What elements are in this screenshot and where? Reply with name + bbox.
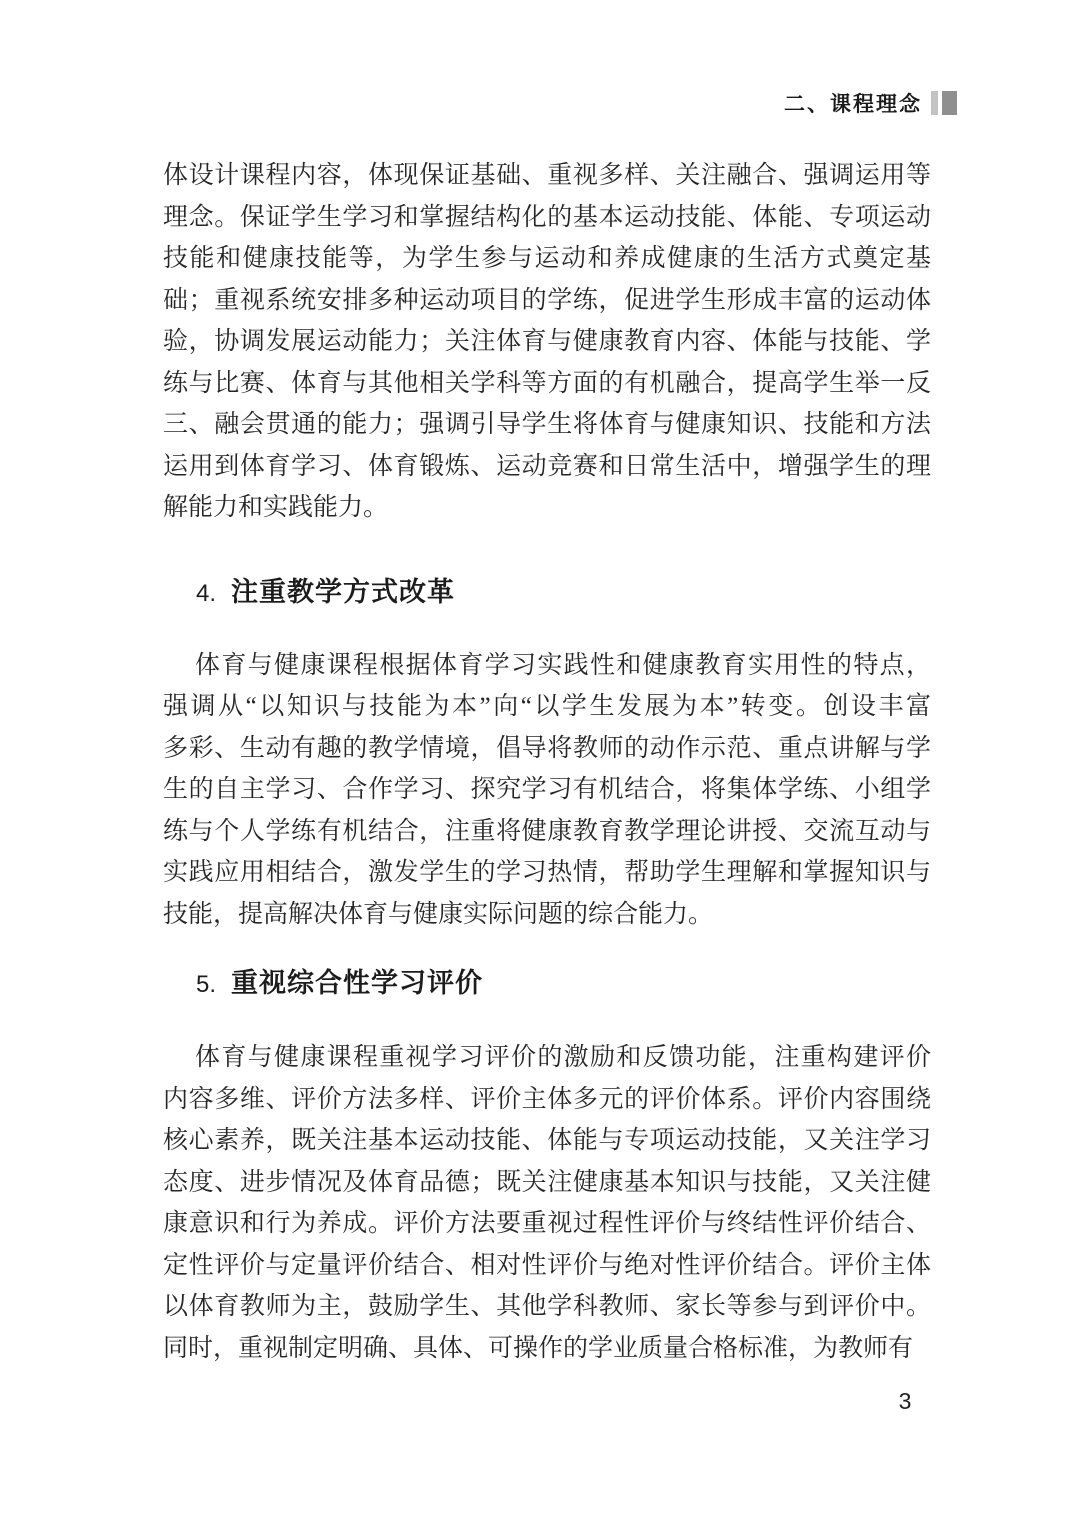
paragraph-line: 运用到体育学习、体育锻炼、运动竞赛和日常生活中，增强学生的理	[163, 446, 931, 488]
paragraph-line: 多彩、生动有趣的教学情境，倡导将教师的动作示范、重点讲解与学	[163, 728, 931, 770]
marker-bar-dark	[942, 91, 957, 115]
paragraph-line: 同时，重视制定明确、具体、可操作的学业质量合格标准，为教师有	[163, 1328, 931, 1370]
paragraph-line: 础；重视系统安排多种运动项目的学练，促进学生形成丰富的运动体	[163, 280, 931, 322]
paragraph-line: 定性评价与定量评价结合、相对性评价与绝对性评价结合。评价主体	[163, 1245, 931, 1287]
section-heading-text: 注重教学方式改革	[231, 577, 455, 607]
page-footer: 3	[890, 1388, 920, 1415]
running-head-section-title: 二、课程理念	[784, 88, 922, 118]
marker-bar-light	[931, 91, 938, 115]
section-heading-number: 4.	[196, 580, 216, 607]
document-body: 体设计课程内容，体现保证基础、重视多样、关注融合、强调运用等理念。保证学生学习和…	[163, 155, 931, 1369]
paragraph-line: 康意识和行为养成。评价方法要重视过程性评价与终结性评价结合、	[163, 1203, 931, 1245]
paragraph-line: 解能力和实践能力。	[163, 487, 931, 529]
paragraph-line: 核心素养，既关注基本运动技能、体能与专项运动技能，又关注学习	[163, 1120, 931, 1162]
paragraph-line: 以体育教师为主，鼓励学生、其他学科教师、家长等参与到评价中。	[163, 1286, 931, 1328]
section-heading-number: 5.	[196, 971, 216, 998]
paragraph-line: 体育与健康课程根据体育学习实践性和健康教育实用性的特点，	[163, 645, 931, 687]
paragraph-line: 强调从“以知识与技能为本”向“以学生发展为本”转变。创设丰富	[163, 686, 931, 728]
section-heading: 4.注重教学方式改革	[163, 575, 931, 609]
page-number: 3	[899, 1388, 912, 1414]
paragraph-line: 态度、进步情况及体育品德；既关注健康基本知识与技能，又关注健	[163, 1162, 931, 1204]
paragraph: 体设计课程内容，体现保证基础、重视多样、关注融合、强调运用等理念。保证学生学习和…	[163, 155, 931, 529]
paragraph-line: 理念。保证学生学习和掌握结构化的基本运动技能、体能、专项运动	[163, 197, 931, 239]
paragraph-line: 内容多维、评价方法多样、评价主体多元的评价体系。评价内容围绕	[163, 1079, 931, 1121]
running-head-marker-icon	[931, 91, 957, 115]
paragraph-line: 实践应用相结合，激发学生的学习热情，帮助学生理解和掌握知识与	[163, 852, 931, 894]
section-heading-text: 重视综合性学习评价	[231, 968, 483, 998]
running-head: 二、课程理念	[784, 88, 957, 118]
paragraph-line: 练与比赛、体育与其他相关学科等方面的有机融合，提高学生举一反	[163, 363, 931, 405]
paragraph-line: 体育与健康课程重视学习评价的激励和反馈功能，注重构建评价	[163, 1037, 931, 1079]
paragraph: 体育与健康课程根据体育学习实践性和健康教育实用性的特点，强调从“以知识与技能为本…	[163, 645, 931, 936]
paragraph: 体育与健康课程重视学习评价的激励和反馈功能，注重构建评价内容多维、评价方法多样、…	[163, 1037, 931, 1369]
section-heading: 5.重视综合性学习评价	[163, 966, 931, 1000]
scanned-document-page: 二、课程理念 体设计课程内容，体现保证基础、重视多样、关注融合、强调运用等理念。…	[0, 0, 1080, 1526]
paragraph-line: 体设计课程内容，体现保证基础、重视多样、关注融合、强调运用等	[163, 155, 931, 197]
paragraph-line: 生的自主学习、合作学习、探究学习有机结合，将集体学练、小组学	[163, 769, 931, 811]
paragraph-line: 技能，提高解决体育与健康实际问题的综合能力。	[163, 894, 931, 936]
paragraph-line: 验，协调发展运动能力；关注体育与健康教育内容、体能与技能、学	[163, 321, 931, 363]
paragraph-line: 三、融会贯通的能力；强调引导学生将体育与健康知识、技能和方法	[163, 404, 931, 446]
paragraph-line: 练与个人学练有机结合，注重将健康教育教学理论讲授、交流互动与	[163, 811, 931, 853]
paragraph-line: 技能和健康技能等，为学生参与运动和养成健康的生活方式奠定基	[163, 238, 931, 280]
